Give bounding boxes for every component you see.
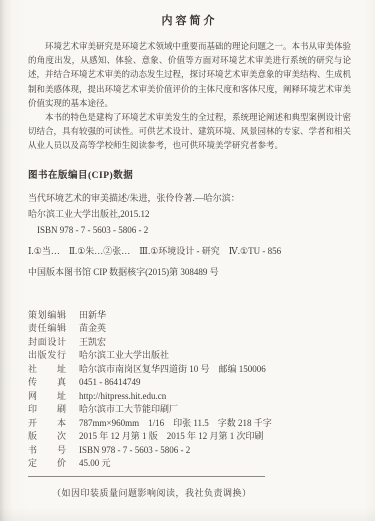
colophon-label: 版次 [28, 430, 66, 444]
colophon-label: 传真 [28, 376, 66, 390]
colophon-row-planning-editor: 策划编辑 田新华 [28, 309, 351, 323]
cip-heading: 图书在版编目(CIP)数据 [28, 167, 351, 181]
colophon-label: 封面设计 [28, 336, 66, 350]
summary-paragraph-1: 环境艺术审美研究是环境艺术领域中重要而基础的理论问题之一。本书从审美体验的角度出… [28, 39, 351, 110]
colophon-row-isbn: 书号 ISBN 978 - 7 - 5603 - 5806 - 2 [28, 444, 351, 458]
colophon-label: 定价 [28, 457, 66, 471]
colophon-label: 出版发行 [28, 349, 66, 363]
book-copyright-page: 内容简介 环境艺术审美研究是环境艺术领域中重要而基础的理论问题之一。本书从审美体… [0, 0, 375, 521]
content-summary-title: 内容简介 [28, 12, 351, 28]
colophon-value: 787mm×960mm 1/16 印张 11.5 字数 218 千字 [79, 417, 351, 431]
cip-isbn-line: ISBN 978 - 7 - 5603 - 5806 - 2 [28, 222, 351, 238]
colophon-row-fax: 传真 0451 - 86414749 [28, 376, 351, 390]
cip-classification-line: Ⅰ.①当… Ⅱ.①朱…②张… Ⅲ.①环境设计 - 研究 Ⅳ.①TU - 856 [28, 243, 351, 259]
colophon-row-cover-design: 封面设计 王凯宏 [28, 336, 351, 350]
colophon-label: 开本 [28, 417, 66, 431]
colophon-value: 哈尔滨市工大节能印刷厂 [79, 403, 351, 417]
colophon-value: 2015 年 12 月第 1 版 2015 年 12 月第 1 次印刷 [79, 430, 351, 444]
colophon-label: 印刷 [28, 403, 66, 417]
colophon-label: 网址 [28, 390, 66, 404]
colophon-row-publisher: 出版发行 哈尔滨工业大学出版社 [28, 349, 351, 363]
colophon-row-edition: 版次 2015 年 12 月第 1 版 2015 年 12 月第 1 次印刷 [28, 430, 351, 444]
cip-book-title-line: 当代环境艺术的审美描述/朱进，张伶伶著.—哈尔滨： [28, 190, 351, 206]
colophon-value: 苗金英 [79, 322, 351, 336]
colophon-value: ISBN 978 - 7 - 5603 - 5806 - 2 [79, 444, 351, 458]
colophon-value: http://hitpress.hit.edu.cn [79, 390, 351, 404]
colophon-row-responsible-editor: 责任编辑 苗金英 [28, 322, 351, 336]
colophon-value: 哈尔滨市南岗区复华四道街 10 号 邮编 150006 [79, 363, 351, 377]
colophon-label: 书号 [28, 444, 66, 458]
content-summary-section: 内容简介 环境艺术审美研究是环境艺术领域中重要而基础的理论问题之一。本书从审美体… [28, 12, 351, 153]
colophon-value: 0451 - 86414749 [79, 376, 351, 390]
colophon-value: 田新华 [79, 309, 351, 323]
cip-record-number-line: 中国版本图书馆 CIP 数据核字(2015)第 308489 号 [28, 264, 351, 280]
colophon-label: 责任编辑 [28, 322, 66, 336]
colophon-value: 王凯宏 [79, 336, 351, 350]
colophon-row-price: 定价 45.00 元 [28, 457, 351, 471]
colophon-label: 策划编辑 [28, 309, 66, 323]
cip-section: 图书在版编目(CIP)数据 当代环境艺术的审美描述/朱进，张伶伶著.—哈尔滨： … [28, 167, 351, 280]
colophon-section: 策划编辑 田新华 责任编辑 苗金英 封面设计 王凯宏 出版发行 哈尔滨工业大学出… [28, 309, 351, 471]
colophon-row-address: 社址 哈尔滨市南岗区复华四道街 10 号 邮编 150006 [28, 363, 351, 377]
colophon-label: 社址 [28, 363, 66, 377]
summary-paragraph-2: 本书的特色是建构了环境艺术审美发生的全过程，系统理论阐述和典型案例设计密切结合，… [28, 110, 351, 153]
cip-publisher-line: 哈尔滨工业大学出版社,2015.12 [28, 206, 351, 222]
colophon-row-printer: 印刷 哈尔滨市工大节能印刷厂 [28, 403, 351, 417]
colophon-row-website: 网址 http://hitpress.hit.edu.cn [28, 390, 351, 404]
colophon-value: 哈尔滨工业大学出版社 [79, 349, 351, 363]
colophon-value: 45.00 元 [79, 457, 351, 471]
colophon-row-format: 开本 787mm×960mm 1/16 印张 11.5 字数 218 千字 [28, 417, 351, 431]
footer-divider [28, 476, 265, 477]
quality-exchange-note: （如因印装质量问题影响阅读，我社负责调换） [52, 486, 351, 499]
